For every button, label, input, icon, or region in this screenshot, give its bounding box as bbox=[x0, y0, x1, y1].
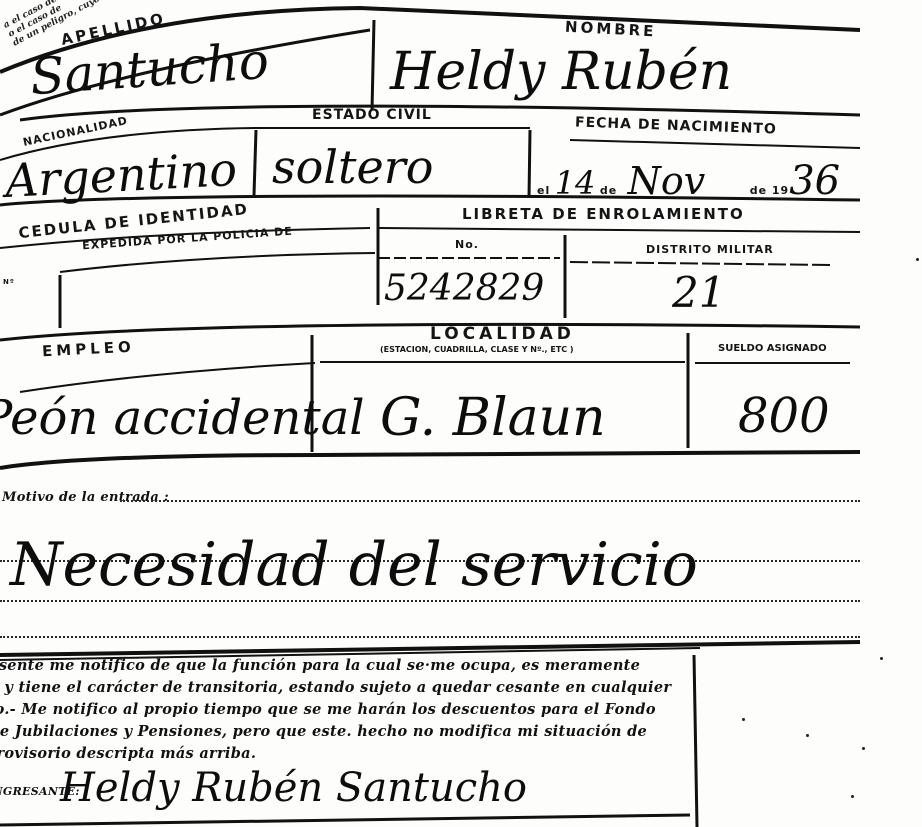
empleo-value[interactable]: Peón accidental bbox=[0, 390, 365, 446]
libreta-no-label: No. bbox=[455, 238, 479, 251]
estado-civil-label: ESTADO CIVIL bbox=[312, 107, 432, 123]
notice-text: Por la presente me notifico de que la fu… bbox=[0, 655, 696, 765]
motivo-value[interactable]: Necesidad del servicio bbox=[10, 530, 698, 600]
notice-line: momento.- Me notifico al propio tiempo q… bbox=[0, 699, 696, 721]
speck bbox=[916, 258, 919, 261]
fecha-nacimiento-value[interactable]: el 14 de Nov de 1936 bbox=[537, 158, 840, 204]
dotted-line bbox=[0, 636, 860, 638]
dotted-line bbox=[0, 600, 860, 602]
localidad-value[interactable]: G. Blaun bbox=[380, 388, 606, 448]
de-prefix: de bbox=[600, 184, 617, 197]
speck bbox=[742, 718, 745, 721]
distrito-value[interactable]: 21 bbox=[672, 268, 725, 317]
birth-year: 36 bbox=[789, 158, 840, 204]
motivo-label: Motivo de la entrada : bbox=[2, 490, 169, 505]
notice-line: personal provisorio descripta más arriba… bbox=[0, 743, 696, 765]
libreta-no-value[interactable]: 5242829 bbox=[384, 268, 544, 309]
birth-day: 14 bbox=[555, 164, 596, 202]
localidad-label: LOCALIDAD bbox=[430, 324, 575, 344]
dotted-line bbox=[120, 500, 860, 502]
estado-civil-value[interactable]: soltero bbox=[272, 140, 433, 194]
cedula-no-label: Nº bbox=[3, 278, 15, 286]
notice-line: Por la presente me notifico de que la fu… bbox=[0, 655, 696, 677]
speck bbox=[851, 795, 854, 798]
notice-line: accidental y tiene el carácter de transi… bbox=[0, 677, 696, 699]
speck bbox=[862, 747, 865, 750]
speck bbox=[880, 657, 883, 660]
el-prefix: el bbox=[537, 184, 550, 197]
signature-value[interactable]: Heldy Rubén Santucho bbox=[60, 765, 527, 811]
birth-month: Nov bbox=[628, 159, 706, 203]
distrito-label: DISTRITO MILITAR bbox=[646, 243, 774, 256]
sueldo-value[interactable]: 800 bbox=[738, 388, 830, 444]
year-prefix: de 19 bbox=[750, 184, 789, 197]
notice-line: de Caja de Jubilaciones y Pensiones, per… bbox=[0, 721, 696, 743]
cedula-value[interactable] bbox=[70, 280, 360, 320]
libreta-label: LIBRETA DE ENROLAMIENTO bbox=[462, 205, 745, 223]
sueldo-label: SUELDO ASIGNADO bbox=[718, 343, 827, 354]
localidad-sub-label: (ESTACION, CUADRILLA, CLASE Y Nº., ETC ) bbox=[380, 345, 574, 354]
nombre-value[interactable]: Heldy Rubén bbox=[390, 42, 732, 102]
speck bbox=[806, 734, 809, 737]
